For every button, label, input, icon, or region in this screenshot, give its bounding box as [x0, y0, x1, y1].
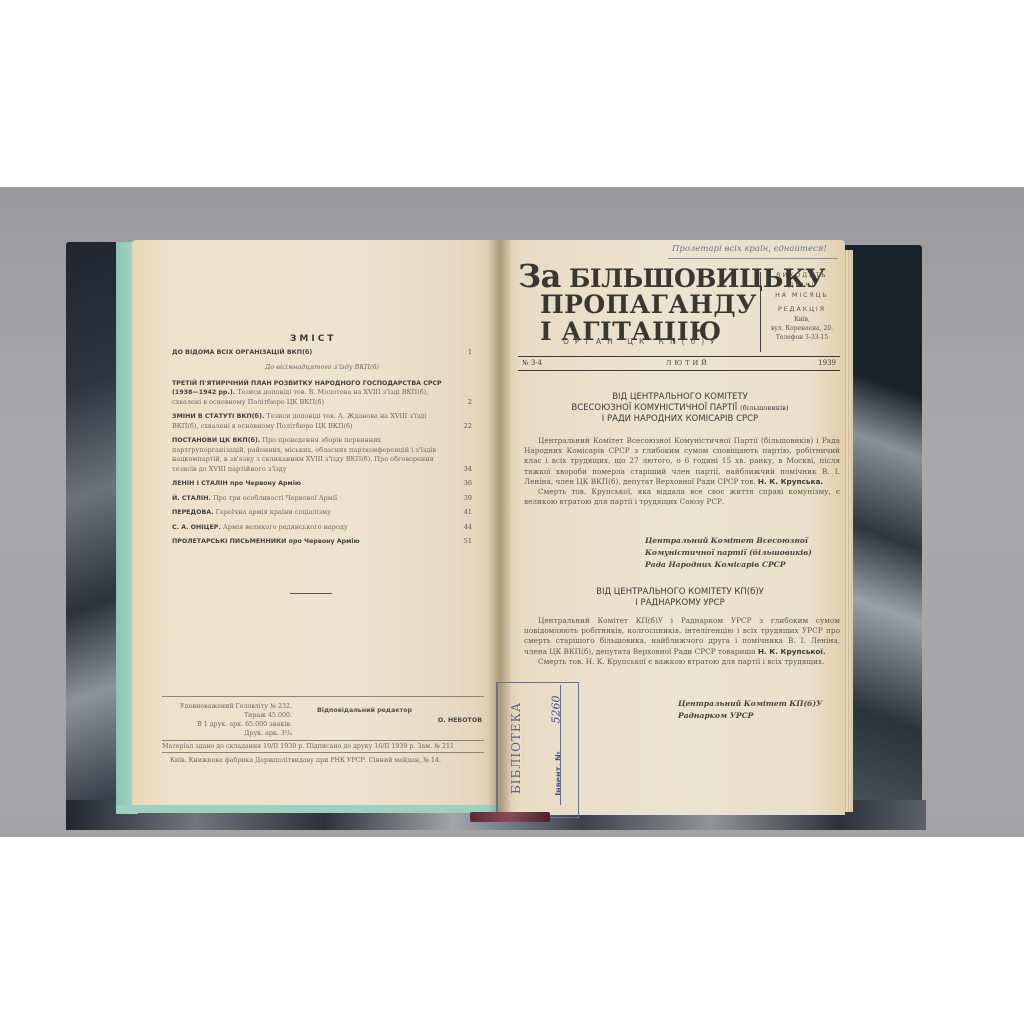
organ-subtitle: ОРГАН ЦК КП(б)У — [563, 337, 721, 346]
divider — [162, 696, 484, 697]
toc-page-number: 1 — [468, 348, 472, 358]
toc-entry: ПОСТАНОВИ ЦК ВКП(б). Про проведення збор… — [172, 436, 472, 474]
print-dates: Матеріал здано до складання 10/II 1939 р… — [162, 740, 484, 753]
issue-bar: № 3-4 ЛЮТИЙ 1939 — [518, 356, 840, 371]
toc-page-number: 36 — [464, 479, 472, 489]
toc-page-number: 2 — [468, 398, 472, 408]
toc-entry: ПЕРЕДОВА. Героїчна армія країни соціаліз… — [172, 508, 472, 518]
announcement-1-heading: ВІД ЦЕНТРАЛЬНОГО КОМІТЕТУ ВСЕСОЮЗНОЇ КОМ… — [520, 392, 840, 425]
announcement-2-signature: Центральний Комітет КП(б)У Раднарком УРС… — [678, 698, 822, 722]
toc-page-number: 44 — [464, 523, 472, 533]
toc-title: ЗМІСТ — [290, 334, 336, 344]
publication-info: ВИХОДИТЬ ДВІЧІ НА МІСЯЦЬ РЕДАКЦІЯ Київ, … — [762, 271, 842, 342]
issue-year: 1939 — [818, 359, 836, 367]
announcement-1-body: Центральний Комітет Всесоюзної Комуністи… — [524, 436, 840, 507]
toc-entry: ТРЕТІЙ П'ЯТИРІЧНИЙ ПЛАН РОЗВИТКУ НАРОДНО… — [172, 379, 472, 408]
editor-credit: Відповідальний редактор О. НЕБОТОВ — [317, 706, 482, 726]
printer-address: Київ. Книжкова фабрика Держполітвидаву п… — [170, 757, 484, 764]
library-stamp: БІБЛІОТЕКА · · · · · · · · · · · · · · ·… — [496, 682, 579, 818]
toc-entry: ЗМІНИ В СТАТУТІ ВКП(б). Тезиси доповіді … — [172, 412, 472, 431]
toc-entry: ПРОЛЕТАРСЬКІ ПИСЬМЕННИКИ про Червону Арм… — [172, 537, 472, 547]
toc-page-number: 34 — [464, 465, 472, 475]
toc-subheading: До вісімнадцятого з'їзду ВКП(б) — [172, 363, 472, 371]
inventory-label: Інвент. № — [554, 751, 563, 796]
toc-entry: Й. СТАЛІН. Про три особливості Червоної … — [172, 494, 472, 504]
toc-page-number: 51 — [464, 537, 472, 547]
motto: Пролетарі всіх країн, єднайтеся! — [672, 244, 827, 254]
announcement-1-signature: Центральний Комітет Всесоюзної Комуністи… — [645, 535, 812, 571]
divider — [668, 258, 838, 259]
print-details: Уповноважений Головліту № 232. Тираж 45.… — [162, 702, 292, 738]
bookmark-ribbon — [470, 812, 550, 822]
toc-entry: ЛЕНІН І СТАЛІН про Червону Армію 36 — [172, 479, 472, 489]
divider — [760, 272, 761, 352]
colophon: Уповноважений Головліту № 232. Тираж 45.… — [162, 694, 484, 699]
divider — [290, 593, 332, 594]
editor-name: О. НЕБОТОВ — [317, 716, 482, 726]
toc-entry: ДО ВІДОМА ВСІХ ОРГАНІЗАЦІЙ ВКП(б) 1 — [172, 348, 472, 358]
toc-entry: С. А. ОНІЦЕР. Армія великого радянського… — [172, 523, 472, 533]
issue-month: ЛЮТИЙ — [666, 359, 710, 367]
toc-page-number: 22 — [464, 422, 472, 432]
toc-page-number: 39 — [464, 494, 472, 504]
announcement-2-heading: ВІД ЦЕНТРАЛЬНОГО КОМІТЕТУ КП(б)У І РАДНА… — [520, 587, 840, 609]
toc-page-number: 41 — [464, 508, 472, 518]
announcement-2-body: Центральний Комітет КП(б)У і Раднарком У… — [524, 616, 840, 667]
endpaper-bottom — [116, 805, 506, 813]
table-of-contents: ДО ВІДОМА ВСІХ ОРГАНІЗАЦІЙ ВКП(б) 1 До в… — [172, 348, 472, 552]
issue-number: № 3-4 — [522, 359, 542, 367]
